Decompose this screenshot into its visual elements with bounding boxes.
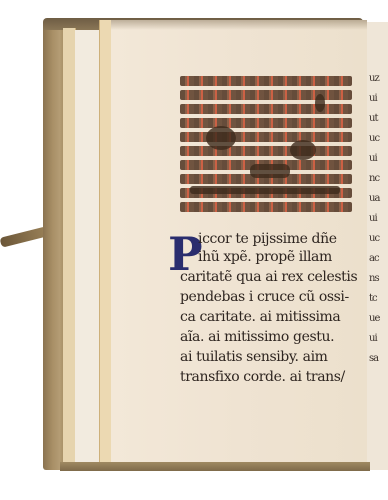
text-fragment: sa	[369, 352, 378, 366]
text-fragment: ui	[369, 92, 377, 106]
binding-tie-strap	[0, 226, 48, 247]
struck-through-music-notation	[180, 74, 352, 214]
text-fragment: nc	[369, 172, 379, 186]
text-line: transfixo corde. ai trans/	[180, 368, 345, 386]
text-fragment: uc	[369, 232, 379, 246]
page-top-shadow	[111, 20, 367, 30]
text-line: ihũ xpẽ. propẽ illam	[198, 248, 332, 266]
text-fragment: uz	[369, 72, 379, 86]
book-cover-bottom-edge	[60, 462, 370, 471]
text-fragment: ui	[369, 332, 377, 346]
text-fragment: ue	[369, 312, 379, 326]
text-line: ai tuilatis sensiby. aim	[180, 348, 328, 366]
blank-leaf	[75, 30, 100, 462]
text-line: caritatẽ qua ai rex celestis	[180, 268, 357, 286]
text-fragment: ui	[369, 152, 377, 166]
text-fragment: uc	[369, 132, 379, 146]
text-line: ca caritate. ai mitissima	[180, 308, 340, 326]
text-fragment: ns	[369, 272, 379, 286]
text-line: pendebas i cruce cũ ossi-	[180, 288, 349, 306]
facing-page-text-fragment: uz ui ut uc ui nc ua ui uc ac ns tc ue u…	[369, 72, 388, 382]
text-fragment: tc	[369, 292, 377, 306]
text-fragment: ui	[369, 212, 377, 226]
text-line: aĩa. ai mitissimo gestu.	[180, 328, 334, 346]
text-fragment: ua	[369, 192, 379, 206]
text-line: iccor te pijssime dñe	[198, 230, 337, 248]
text-fragment: ac	[369, 252, 379, 266]
text-fragment: ut	[369, 112, 377, 126]
